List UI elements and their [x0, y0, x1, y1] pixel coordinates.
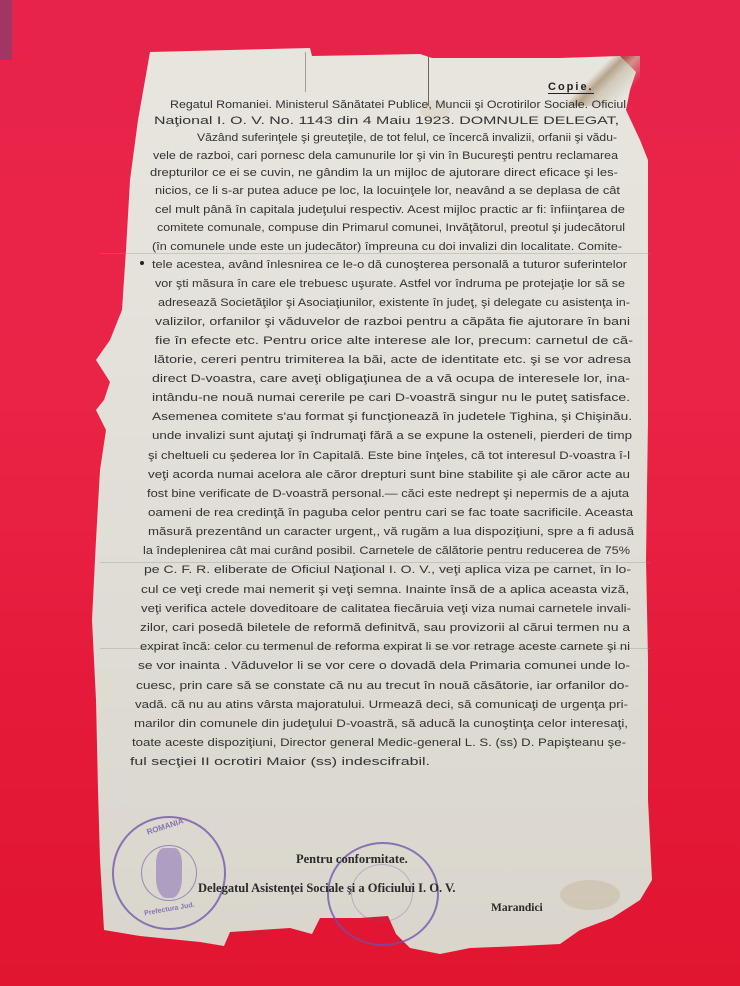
document-line: valizilor, orfanilor şi văduvelor de raz…: [155, 315, 630, 329]
document-line: pe C. F. R. eliberate de Oficiul Naţiona…: [144, 563, 631, 577]
document-line: vor şti măsura în care ele trebuesc uşur…: [155, 277, 625, 291]
document-line: marilor din comunele din judeţului D-voa…: [134, 717, 628, 731]
stamp-left: ROMANIA Prefectura Jud.: [112, 816, 226, 930]
document-line: fost bine verificate de D-voastră person…: [147, 487, 629, 501]
document-line: Naţional I. O. V. No. 1143 din 4 Maiu 19…: [154, 114, 619, 128]
document-line: toate aceste dispoziţiuni, Director gene…: [132, 736, 626, 750]
document-line: cel mult până în capitala judeţului resp…: [155, 203, 625, 217]
document-line: vadă. că nu au atins vârsta majoratului.…: [135, 698, 628, 712]
document-line: drepturilor ce ei se cuvin, ne gândim la…: [150, 166, 618, 180]
document-line: Asemenea comitete s'au format şi funcţio…: [152, 410, 632, 424]
document-line: tele acestea, având înlesnirea ce le-o d…: [152, 258, 627, 272]
document-line: oameni de rea credinţă în paguba celor p…: [148, 506, 633, 520]
signatory-name: Marandici: [491, 902, 543, 914]
document-line: (în comunele unde este un judecător) împ…: [152, 240, 622, 254]
stamp-text-bottom: Prefectura Jud.: [144, 902, 195, 918]
bullet-mark: [140, 261, 144, 265]
document-line: expirat încă: celor cu termenul de refor…: [140, 640, 630, 654]
document-line: cuesc, prin care să se constate că nu au…: [136, 679, 629, 693]
document-line: zilor, cari posedă biletele de reformă d…: [140, 621, 630, 635]
document-line: comitete comunale, compuse din Primarul …: [157, 221, 625, 235]
document-line: nicios, ce li s-ar putea aduce pe loc, l…: [155, 184, 620, 198]
coat-of-arms-icon: [156, 848, 182, 898]
document-line: unde invalizi sunt ajutaţi şi îndrumaţi …: [152, 429, 632, 443]
document-line: Văzând suferinţele şi greuteţile, de tot…: [197, 131, 617, 145]
document-line: ful secţiei II ocrotiri Maior (ss) indes…: [130, 755, 430, 769]
document-line: măsură prezentând un caracter urgent,, v…: [148, 525, 634, 539]
stamp-text-top: ROMANIA: [146, 816, 185, 836]
conformity-text: Pentru conformitate.: [296, 852, 408, 867]
document-line: veţi verifica actele doveditoare de cali…: [141, 602, 631, 616]
document-line: lătorie, cereri pentru trimiterea la băi…: [154, 353, 631, 367]
document-line: vele de razboi, cari pornesc dela camunu…: [153, 149, 618, 163]
delegate-title: Delegatul Asistenţei Sociale şi a Oficiu…: [198, 881, 456, 896]
document-line: adresează Societăţilor şi Asociaţiunilor…: [158, 296, 630, 310]
document-line: Regatul Romaniei. Ministerul Sănătatei P…: [170, 98, 626, 112]
document-line: cul ce veţi crede mai nemerit şi veţi se…: [141, 583, 629, 597]
document-label: Copie.: [548, 81, 594, 94]
document-line: intându-ne nouă numai cererile pe cari D…: [152, 391, 630, 405]
document-line: la îndeplenirea cât mai curând posibil. …: [143, 544, 630, 558]
document-line: veţi acorda numai acelora ale căror drep…: [148, 468, 630, 482]
document-line: direct D-voastra, care aveţi obligaţiune…: [152, 372, 630, 386]
document-line: fie în efecte etc. Pentru orice alte int…: [155, 334, 633, 348]
document-line: se vor inainta . Văduvelor li se vor cer…: [138, 659, 630, 673]
document: Copie. Regatul Romaniei. Ministerul Sănă…: [0, 0, 740, 986]
document-line: şi cheltueli cu şederea lor în Capitală.…: [148, 449, 630, 463]
